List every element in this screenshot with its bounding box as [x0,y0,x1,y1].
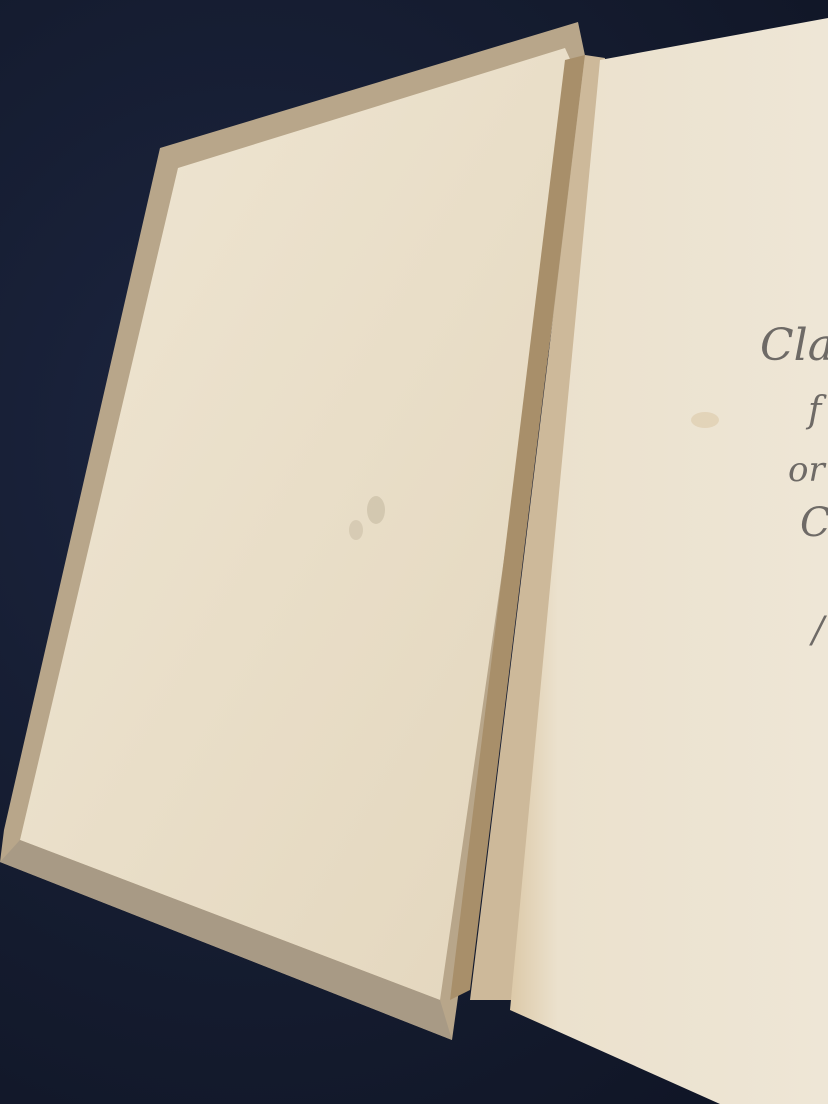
handwritten-inscription-line: C [800,500,828,546]
handwritten-inscription-line: f [808,390,821,431]
handwritten-inscription-line: or [788,450,825,490]
open-book [0,0,828,1104]
handwritten-inscription-line: / [812,610,824,651]
handwritten-inscription-line: Cla [760,320,828,371]
